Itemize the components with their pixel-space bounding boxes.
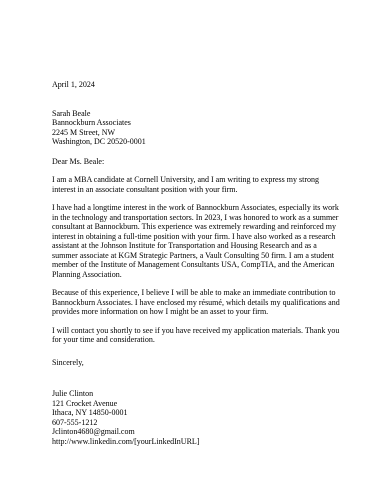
letter-date: April 1, 2024: [52, 80, 344, 90]
sender-linkedin-url: http://www.linkedin.com/[yourLinkedInURL…: [52, 437, 344, 447]
sender-phone: 607-555-1212: [52, 418, 344, 428]
recipient-company: Bannockburn Associates: [52, 118, 344, 128]
body-paragraph-3: Because of this experience, I believe I …: [52, 288, 344, 317]
recipient-city-state-zip: Washington, DC 20520-0001: [52, 137, 344, 147]
sender-city-state-zip: Ithaca, NY 14850-0001: [52, 408, 344, 418]
sender-street: 121 Crocket Avenue: [52, 399, 344, 409]
letter-content: April 1, 2024 Sarah Beale Bannockburn As…: [52, 80, 344, 446]
sender-email: Jclinton4680@gmail.com: [52, 427, 344, 437]
signature-block: Julie Clinton 121 Crocket Avenue Ithaca,…: [52, 389, 344, 446]
letter-page: April 1, 2024 Sarah Beale Bannockburn As…: [0, 0, 384, 497]
body-paragraph-4: I will contact you shortly to see if you…: [52, 326, 344, 345]
closing-salutation: Sincerely,: [52, 358, 344, 368]
salutation: Dear Ms. Beale:: [52, 157, 344, 167]
sender-name: Julie Clinton: [52, 389, 344, 399]
recipient-street: 2245 M Street, NW: [52, 128, 344, 138]
body-paragraph-2: I have had a longtime interest in the wo…: [52, 203, 344, 279]
recipient-address-block: Sarah Beale Bannockburn Associates 2245 …: [52, 109, 344, 147]
body-paragraph-1: I am a MBA candidate at Cornell Universi…: [52, 175, 344, 194]
recipient-name: Sarah Beale: [52, 109, 344, 119]
